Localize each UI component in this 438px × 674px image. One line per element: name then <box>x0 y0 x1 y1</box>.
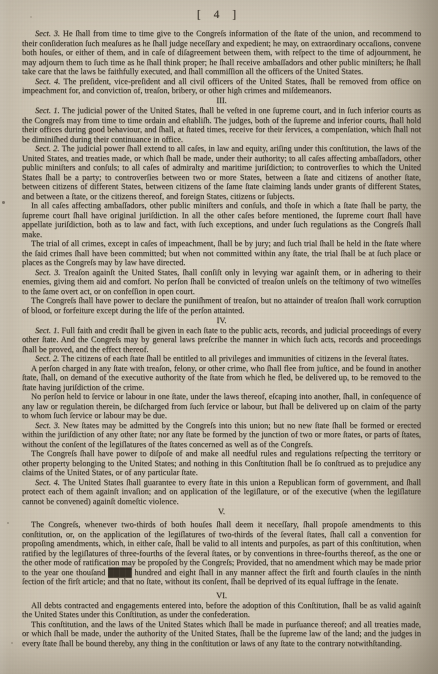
paragraph: The trial of all crimes, except in caſes… <box>22 239 421 268</box>
section-paragraph: Sect. 3. New ſtates may be admitted by t… <box>22 421 421 450</box>
paragraph-text: The judicial power of the United States,… <box>22 106 421 144</box>
paragraph-text: The Congreſs ſhall have power to declare… <box>22 296 421 315</box>
section-paragraph: Sect. 3. He ſhall from time to time give… <box>22 29 421 77</box>
paragraph: No perſon held to ſervice or labour in o… <box>22 392 421 421</box>
section-paragraph: Sect. 2. The judicial power ſhall extend… <box>22 144 421 201</box>
section-label: Sect. 1. <box>35 326 62 335</box>
paragraph: In all caſes affecting ambaſſadors, othe… <box>22 201 421 239</box>
paragraph-text: The Congreſs ſhall have power to diſpoſe… <box>22 449 421 477</box>
section-paragraph: Sect. 1. Full faith and credit ſhall be … <box>22 326 421 355</box>
paragraph: The Congreſs ſhall have power to declare… <box>22 296 421 315</box>
article-heading: VI. <box>22 591 421 601</box>
paragraph: The Congreſs, whenever two-thirds of bot… <box>22 520 421 587</box>
section-label: Sect. 2. <box>35 354 61 363</box>
paragraph: A perſon charged in any ſtate with treaſ… <box>22 364 421 393</box>
article-heading: V. <box>22 507 421 517</box>
section-paragraph: Sect. 4. The United States ſhall guarant… <box>22 478 421 507</box>
section-label: Sect. 3. <box>35 421 63 430</box>
article-heading: III. <box>22 96 421 106</box>
paragraph-text: Treaſon againſt the United States, ſhall… <box>22 268 421 296</box>
document-body: Sect. 3. He ſhall from time to time give… <box>0 29 438 648</box>
paragraph-text: All debts contracted and engagements ent… <box>22 601 421 620</box>
paragraph-text: Full faith and credit ſhall be given in … <box>22 326 421 354</box>
paragraph-text: The United States ſhall guarantee to eve… <box>22 478 421 506</box>
section-label: Sect. 3. <box>35 268 64 277</box>
section-label: Sect. 2. <box>35 144 62 153</box>
document-page: [ 4 ] Sect. 3. He ſhall from time to tim… <box>0 0 438 674</box>
section-label: Sect. 3. <box>35 29 63 38</box>
paragraph-text: The trial of all crimes, except in caſes… <box>22 239 421 267</box>
paragraph: This conſtitution, and the laws of the U… <box>22 620 421 649</box>
page-number: [ 4 ] <box>0 9 438 21</box>
section-paragraph: Sect. 4. The preſident, vice-preſident a… <box>22 77 421 96</box>
paragraph-text: In all caſes affecting ambaſſadors, othe… <box>22 201 421 239</box>
paragraph-text: The citizens of each ſtate ſhall be enti… <box>61 354 408 363</box>
paragraph-text: The Congreſs, whenever two-thirds of bot… <box>22 520 421 586</box>
paragraph: All debts contracted and engagements ent… <box>22 601 421 620</box>
paragraph: The Congreſs ſhall have power to diſpoſe… <box>22 449 421 478</box>
paragraph-text: New ſtates may be admitted by the Congre… <box>22 421 421 449</box>
section-paragraph: Sect. 3. Treaſon againſt the United Stat… <box>22 268 421 297</box>
paragraph-text: This conſtitution, and the laws of the U… <box>22 620 421 648</box>
paragraph-text: The preſident, vice-preſident and all ci… <box>22 77 421 96</box>
section-paragraph: Sect. 2. The citizens of each ſtate ſhal… <box>22 354 421 364</box>
section-label: Sect. 4. <box>35 77 63 86</box>
article-heading: IV. <box>22 316 421 326</box>
section-label: Sect. 4. <box>35 478 63 487</box>
paragraph-text: He ſhall from time to time give to the C… <box>22 29 421 76</box>
paragraph-text: The judicial power ſhall extend to all c… <box>22 144 421 201</box>
section-paragraph: Sect. 1. The judicial power of the Unite… <box>22 106 421 144</box>
paragraph-text: A perſon charged in any ſtate with treaſ… <box>22 364 421 392</box>
section-label: Sect. 1. <box>35 106 62 115</box>
paragraph-text: No perſon held to ſervice or labour in o… <box>22 392 421 420</box>
